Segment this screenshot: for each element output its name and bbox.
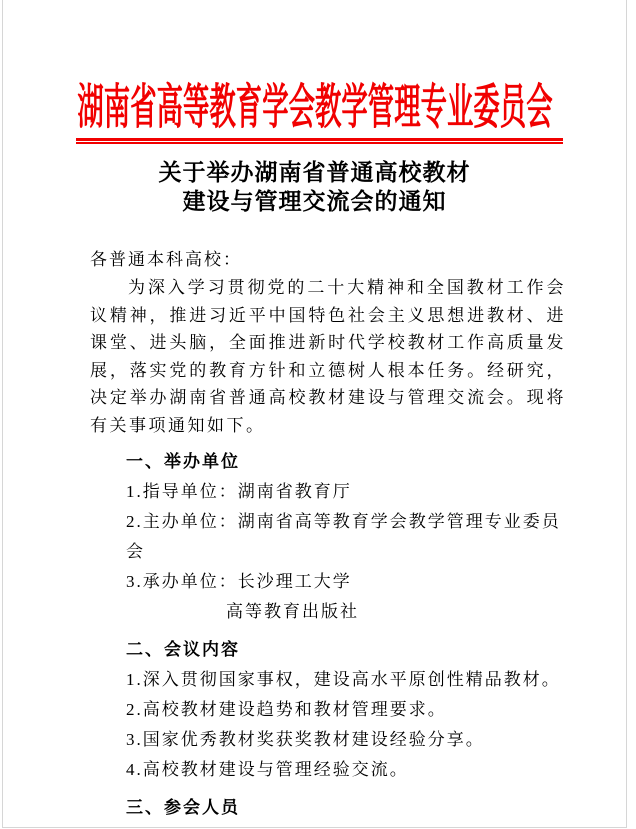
list-item: 3.承办单位：长沙理工大学: [90, 567, 566, 597]
list-item: 1.深入贯彻国家事权，建设高水平原创性精品教材。: [90, 665, 566, 695]
organization-name: 湖南省高等教育学会教学管理专业委员会: [77, 68, 552, 137]
section-2-heading: 二、会议内容: [90, 635, 566, 665]
section-3-heading: 三、参会人员: [90, 793, 566, 823]
list-item: 1.指导单位：湖南省教育厅: [90, 477, 566, 507]
list-item: 4.高校教材建设与管理经验交流。: [90, 755, 566, 785]
list-item: 2.高校教材建设趋势和教材管理要求。: [90, 695, 566, 725]
salutation: 各普通本科高校：: [90, 246, 566, 274]
letterhead-divider-rule: [76, 138, 563, 144]
section-1-heading: 一、举办单位: [90, 447, 566, 477]
document-title-line-1: 关于举办湖南省普通高校教材: [3, 158, 626, 187]
intro-paragraph: 为深入学习贯彻党的二十大精神和全国教材工作会议精神，推进习近平中国特色社会主义思…: [90, 274, 566, 439]
document-title: 关于举办湖南省普通高校教材 建设与管理交流会的通知: [3, 158, 626, 216]
document-title-line-2: 建设与管理交流会的通知: [3, 187, 626, 216]
list-item-continuation: 高等教育出版社: [90, 597, 566, 627]
document-body: 各普通本科高校： 为深入学习贯彻党的二十大精神和全国教材工作会议精神，推进习近平…: [90, 246, 566, 823]
list-item: 2.主办单位：湖南省高等教育学会教学管理专业委员会: [90, 507, 566, 567]
list-item: 3.国家优秀教材奖获奖教材建设经验分享。: [90, 725, 566, 755]
letterhead: 湖南省高等教育学会教学管理专业委员会: [3, 68, 626, 126]
document-page: 湖南省高等教育学会教学管理专业委员会 关于举办湖南省普通高校教材 建设与管理交流…: [2, 0, 627, 828]
